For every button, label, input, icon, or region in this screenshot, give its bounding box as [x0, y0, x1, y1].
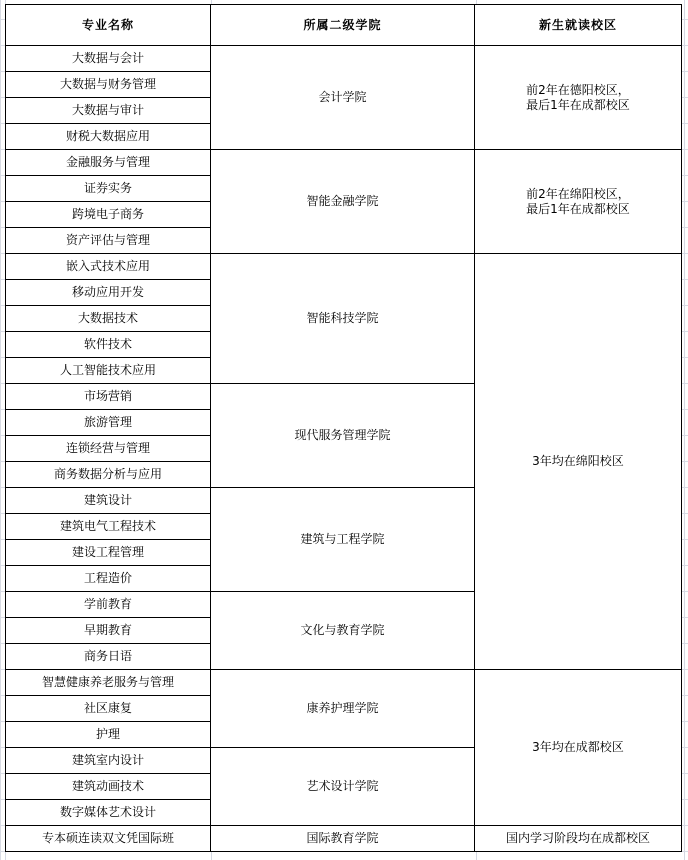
table-row: 专本硕连读双文凭国际班 国际教育学院 国内学习阶段均在成都校区	[6, 826, 682, 852]
college-cell[interactable]: 建筑与工程学院	[211, 488, 475, 592]
major-cell[interactable]: 数字媒体艺术设计	[6, 800, 211, 826]
major-cell[interactable]: 连锁经营与管理	[6, 436, 211, 462]
table-row: 智慧健康养老服务与管理 康养护理学院 3年均在成都校区	[6, 670, 682, 696]
major-cell[interactable]: 大数据与财务管理	[6, 72, 211, 98]
header-major-name[interactable]: 专业名称	[6, 5, 211, 46]
major-cell[interactable]: 移动应用开发	[6, 280, 211, 306]
college-cell[interactable]: 智能科技学院	[211, 254, 475, 384]
major-cell[interactable]: 资产评估与管理	[6, 228, 211, 254]
college-cell[interactable]: 现代服务管理学院	[211, 384, 475, 488]
major-cell[interactable]: 大数据与审计	[6, 98, 211, 124]
header-college[interactable]: 所属二级学院	[211, 5, 475, 46]
major-cell[interactable]: 大数据与会计	[6, 46, 211, 72]
table-row: 大数据与会计 会计学院 前2年在德阳校区， 最后1年在成都校区	[6, 46, 682, 72]
header-campus[interactable]: 新生就读校区	[475, 5, 682, 46]
campus-cell[interactable]: 3年均在成都校区	[475, 670, 682, 826]
major-cell[interactable]: 早期教育	[6, 618, 211, 644]
major-cell[interactable]: 专本硕连读双文凭国际班	[6, 826, 211, 852]
major-cell[interactable]: 护理	[6, 722, 211, 748]
major-cell[interactable]: 建筑电气工程技术	[6, 514, 211, 540]
college-cell[interactable]: 康养护理学院	[211, 670, 475, 748]
major-cell[interactable]: 跨境电子商务	[6, 202, 211, 228]
major-cell[interactable]: 学前教育	[6, 592, 211, 618]
major-cell[interactable]: 人工智能技术应用	[6, 358, 211, 384]
major-cell[interactable]: 建筑动画技术	[6, 774, 211, 800]
table-row: 金融服务与管理 智能金融学院 前2年在绵阳校区， 最后1年在成都校区	[6, 150, 682, 176]
major-cell[interactable]: 工程造价	[6, 566, 211, 592]
college-cell[interactable]: 艺术设计学院	[211, 748, 475, 826]
college-cell[interactable]: 智能金融学院	[211, 150, 475, 254]
campus-text: 前2年在德阳校区， 最后1年在成都校区	[526, 83, 630, 113]
campus-line-1: 前2年在绵阳校区，	[526, 187, 630, 201]
major-cell[interactable]: 金融服务与管理	[6, 150, 211, 176]
major-cell[interactable]: 建筑设计	[6, 488, 211, 514]
header-row: 专业名称 所属二级学院 新生就读校区	[6, 5, 682, 46]
campus-line-2: 最后1年在成都校区	[526, 202, 630, 216]
college-cell[interactable]: 文化与教育学院	[211, 592, 475, 670]
majors-table: 专业名称 所属二级学院 新生就读校区 大数据与会计 会计学院 前2年在德阳校区，…	[5, 4, 682, 852]
major-cell[interactable]: 旅游管理	[6, 410, 211, 436]
major-cell[interactable]: 社区康复	[6, 696, 211, 722]
campus-line-2: 最后1年在成都校区	[526, 98, 630, 112]
campus-cell[interactable]: 前2年在绵阳校区， 最后1年在成都校区	[475, 150, 682, 254]
college-cell[interactable]: 会计学院	[211, 46, 475, 150]
major-cell[interactable]: 大数据技术	[6, 306, 211, 332]
table-row: 嵌入式技术应用 智能科技学院 3年均在绵阳校区	[6, 254, 682, 280]
major-cell[interactable]: 市场营销	[6, 384, 211, 410]
campus-cell[interactable]: 前2年在德阳校区， 最后1年在成都校区	[475, 46, 682, 150]
campus-cell[interactable]: 3年均在绵阳校区	[475, 254, 682, 670]
major-cell[interactable]: 证券实务	[6, 176, 211, 202]
major-cell[interactable]: 商务日语	[6, 644, 211, 670]
college-cell[interactable]: 国际教育学院	[211, 826, 475, 852]
major-cell[interactable]: 软件技术	[6, 332, 211, 358]
major-cell[interactable]: 建筑室内设计	[6, 748, 211, 774]
major-cell[interactable]: 建设工程管理	[6, 540, 211, 566]
major-cell[interactable]: 财税大数据应用	[6, 124, 211, 150]
major-cell[interactable]: 商务数据分析与应用	[6, 462, 211, 488]
major-cell[interactable]: 智慧健康养老服务与管理	[6, 670, 211, 696]
campus-line-1: 前2年在德阳校区，	[526, 83, 630, 97]
campus-cell[interactable]: 国内学习阶段均在成都校区	[475, 826, 682, 852]
major-cell[interactable]: 嵌入式技术应用	[6, 254, 211, 280]
spreadsheet-column-line	[684, 0, 685, 860]
campus-text: 前2年在绵阳校区， 最后1年在成都校区	[526, 187, 630, 217]
